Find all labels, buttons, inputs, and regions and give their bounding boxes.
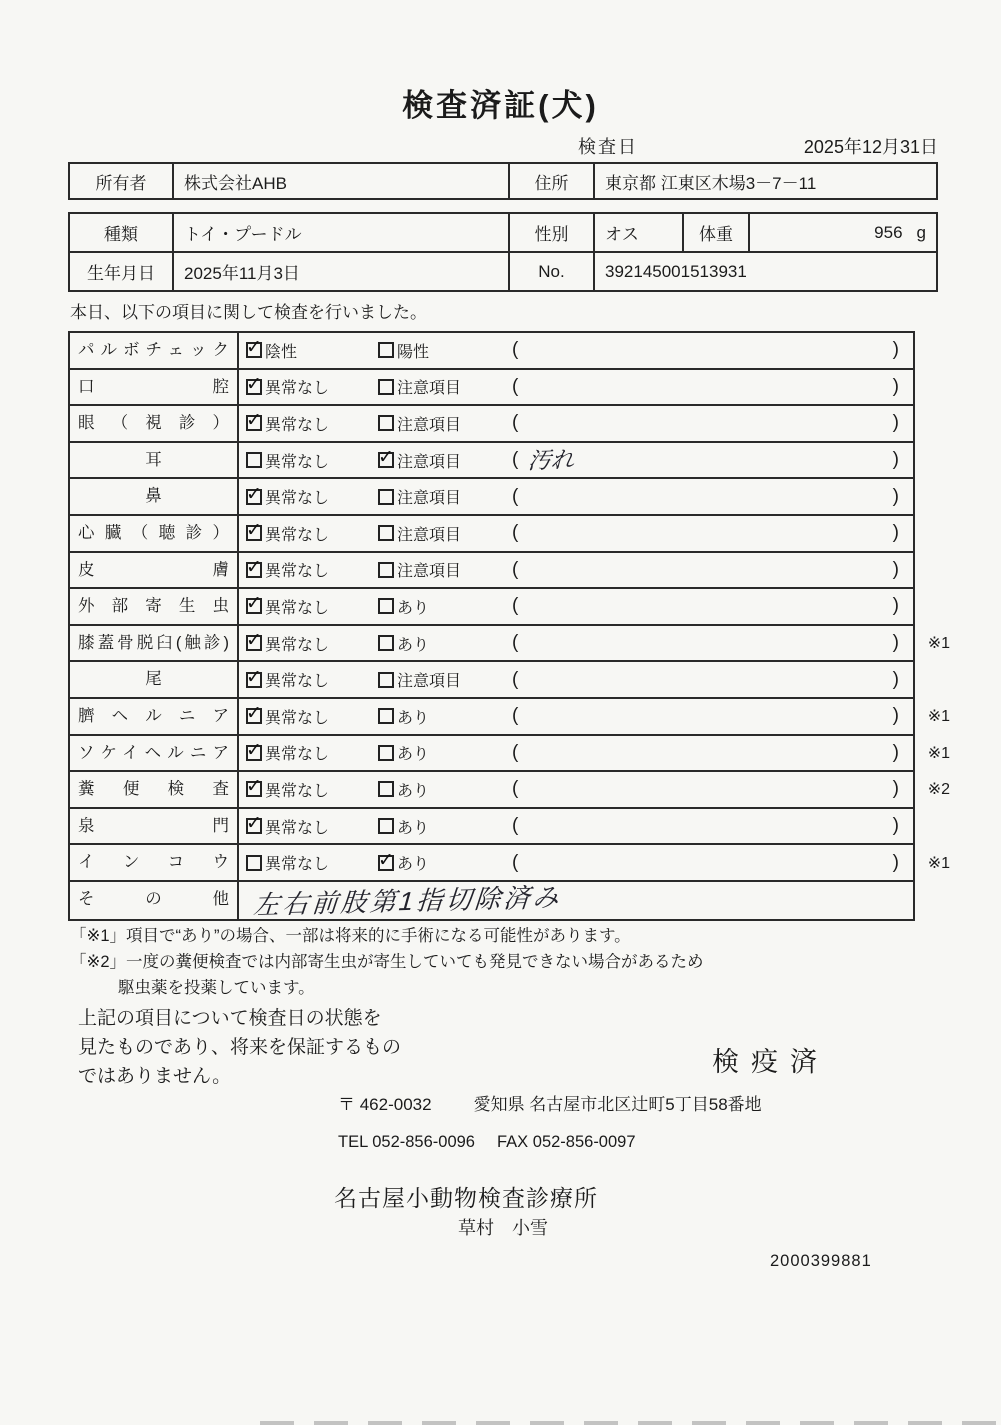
paren-open: ( bbox=[512, 852, 518, 874]
remarks-field: () bbox=[512, 705, 913, 727]
remarks-field: () bbox=[512, 595, 913, 617]
result-option-label: 陰性 bbox=[265, 339, 297, 362]
checkbox-unchecked-icon bbox=[378, 745, 394, 761]
checkbox-checked-icon bbox=[246, 415, 262, 431]
paren-open: ( bbox=[512, 522, 518, 544]
result-option-label: 異常なし bbox=[265, 449, 329, 472]
page-title: 検査済証(犬) bbox=[0, 80, 1001, 125]
exam-item-label: 皮膚 bbox=[70, 553, 239, 588]
handwritten-note: 汚れ bbox=[527, 441, 576, 475]
result-option: あり bbox=[378, 778, 512, 801]
ref-mark: ※2 bbox=[928, 779, 950, 799]
paren-close: ) bbox=[893, 852, 899, 874]
result-option-label: 異常なし bbox=[265, 705, 329, 728]
checkbox-checked-icon bbox=[246, 342, 262, 358]
exam-item-label: 膝蓋骨脱臼(触診) bbox=[70, 626, 239, 661]
paren-close: ) bbox=[893, 595, 899, 617]
owner-label: 所有者 bbox=[69, 163, 173, 199]
checklist-row: 尾異常なし注意項目() bbox=[70, 662, 913, 699]
sex-value: オス bbox=[594, 213, 683, 252]
animal-table: 種類 トイ・プードル 性別 オス 体重 956g 生年月日 2025年11月3日… bbox=[68, 212, 938, 292]
result-option-label: 異常なし bbox=[265, 558, 329, 581]
result-option-label: あり bbox=[397, 851, 429, 874]
exam-item-label: 眼（視診） bbox=[70, 406, 239, 441]
checklist-row: 臍ヘルニア異常なしあり()※1 bbox=[70, 699, 913, 736]
birth-label: 生年月日 bbox=[69, 252, 173, 291]
clinic-name: 名古屋小動物検査診療所 bbox=[334, 1180, 598, 1213]
ref-mark: ※1 bbox=[928, 633, 950, 653]
certificate-page: 検査済証(犬) 検査日 2025年12月31日 所有者 株式会社AHB 住所 東… bbox=[0, 0, 1001, 1425]
checklist-row-content: 異常なしあり() bbox=[239, 772, 913, 807]
checkbox-unchecked-icon bbox=[378, 818, 394, 834]
checkbox-checked-icon bbox=[246, 672, 262, 688]
checklist-row: 糞便検査異常なしあり()※2 bbox=[70, 772, 913, 809]
checkbox-checked-icon bbox=[246, 379, 262, 395]
result-option-label: あり bbox=[397, 778, 429, 801]
checkbox-checked-icon bbox=[246, 525, 262, 541]
clinic-tel-line: TEL 052-856-0096FAX 052-856-0097 bbox=[338, 1133, 636, 1152]
serial-number: 2000399881 bbox=[770, 1252, 872, 1271]
paren-open: ( bbox=[512, 339, 518, 361]
weight-unit: g bbox=[917, 223, 926, 243]
postal-code: 〒 462-0032 bbox=[338, 1095, 432, 1114]
disclaimer-line-3: ではありません。 bbox=[78, 1062, 401, 1091]
birth-value: 2025年11月3日 bbox=[173, 252, 509, 291]
paren-close: ) bbox=[893, 559, 899, 581]
result-option: あり bbox=[378, 595, 512, 618]
result-option: あり bbox=[378, 632, 512, 655]
exam-item-label: ソケイヘルニア bbox=[70, 736, 239, 771]
result-option-label: 注意項目 bbox=[397, 412, 461, 435]
remarks-field: () bbox=[512, 376, 913, 398]
paren-close: ) bbox=[893, 705, 899, 727]
breed-value: トイ・プードル bbox=[173, 213, 509, 252]
exam-item-label: 外部寄生虫 bbox=[70, 589, 239, 624]
remarks-field: () bbox=[512, 559, 913, 581]
inspection-date-value: 2025年12月31日 bbox=[804, 133, 938, 159]
result-option-label: 注意項目 bbox=[397, 375, 461, 398]
result-option: 陰性 bbox=[246, 339, 378, 362]
result-option-label: 異常なし bbox=[265, 375, 329, 398]
checklist-row: その他左右前肢第1指切除済み bbox=[70, 882, 913, 919]
paren-open: ( bbox=[512, 412, 518, 434]
sex-label: 性別 bbox=[509, 213, 594, 252]
checkbox-unchecked-icon bbox=[378, 598, 394, 614]
ref-mark: ※1 bbox=[928, 743, 950, 763]
result-option: あり bbox=[378, 741, 512, 764]
checkbox-unchecked-icon bbox=[378, 415, 394, 431]
checklist-row: ソケイヘルニア異常なしあり()※1 bbox=[70, 736, 913, 773]
checklist-row-content: 陰性陽性() bbox=[239, 333, 913, 368]
result-option: 注意項目 bbox=[378, 412, 512, 435]
checklist-table: パルボチェック陰性陽性()口腔異常なし注意項目()眼（視診）異常なし注意項目()… bbox=[68, 331, 915, 921]
paren-close: ) bbox=[893, 669, 899, 691]
handwritten-note: 左右前肢第1指切除済み bbox=[252, 877, 563, 922]
result-option: 陽性 bbox=[378, 339, 512, 362]
result-option: 注意項目 bbox=[378, 485, 512, 508]
checklist-row-content: 異常なしあり() bbox=[239, 736, 913, 771]
exam-item-label: 口腔 bbox=[70, 370, 239, 405]
result-option-label: あり bbox=[397, 705, 429, 728]
result-option-label: あり bbox=[397, 815, 429, 838]
clinic-fax: FAX 052-856-0097 bbox=[497, 1133, 636, 1151]
checkbox-checked-icon bbox=[246, 818, 262, 834]
exam-item-label: 心臓（聴診） bbox=[70, 516, 239, 551]
inspection-date-line: 検査日 2025年12月31日 bbox=[0, 133, 938, 159]
result-option-label: 異常なし bbox=[265, 668, 329, 691]
quarantine-stamp: 検疫済 bbox=[712, 1040, 829, 1079]
clinic-address: 愛知県 名古屋市北区辻町5丁目58番地 bbox=[474, 1095, 762, 1114]
checklist-row-content: 異常なしあり() bbox=[239, 626, 913, 661]
paren-open: ( bbox=[512, 669, 518, 691]
result-option-label: 異常なし bbox=[265, 815, 329, 838]
result-option-label: あり bbox=[397, 632, 429, 655]
checklist-row-content: 異常なし注意項目() bbox=[239, 406, 913, 441]
checklist-row-content: 異常なし注意項目(汚れ) bbox=[239, 443, 913, 478]
checkbox-checked-icon bbox=[246, 635, 262, 651]
checkbox-unchecked-icon bbox=[378, 672, 394, 688]
result-option: 異常なし bbox=[246, 851, 378, 874]
exam-item-label: パルボチェック bbox=[70, 333, 239, 368]
result-option-label: 注意項目 bbox=[397, 485, 461, 508]
checklist-row: 鼻異常なし注意項目() bbox=[70, 479, 913, 516]
result-option: 異常なし bbox=[246, 778, 378, 801]
result-option-label: 異常なし bbox=[265, 522, 329, 545]
checkbox-checked-icon bbox=[378, 855, 394, 871]
result-option-label: あり bbox=[397, 741, 429, 764]
ref-mark: ※1 bbox=[928, 706, 950, 726]
paren-close: ) bbox=[893, 412, 899, 434]
remarks-field: (汚れ) bbox=[512, 446, 913, 475]
result-option: 異常なし bbox=[246, 705, 378, 728]
remarks-field: () bbox=[512, 632, 913, 654]
exam-item-label: 臍ヘルニア bbox=[70, 699, 239, 734]
checklist-row: 膝蓋骨脱臼(触診)異常なしあり()※1 bbox=[70, 626, 913, 663]
result-option: 異常なし bbox=[246, 485, 378, 508]
result-option-label: あり bbox=[397, 595, 429, 618]
exam-item-label: 耳 bbox=[70, 443, 239, 478]
result-option: 注意項目 bbox=[378, 668, 512, 691]
checklist-row: パルボチェック陰性陽性() bbox=[70, 333, 913, 370]
checklist-row: 眼（視診）異常なし注意項目() bbox=[70, 406, 913, 443]
checkbox-unchecked-icon bbox=[378, 562, 394, 578]
result-option: あり bbox=[378, 851, 512, 874]
paren-close: ) bbox=[893, 449, 899, 471]
disclaimer-line-1: 上記の項目について検査日の状態を bbox=[78, 1004, 401, 1033]
paren-close: ) bbox=[893, 376, 899, 398]
paren-open: ( bbox=[512, 742, 518, 764]
paren-open: ( bbox=[512, 449, 518, 471]
footnotes: 「※1」項目で“あり”の場合、一部は将来的に手術になる可能性があります。 「※2… bbox=[70, 923, 704, 1001]
checkbox-checked-icon bbox=[246, 598, 262, 614]
result-option-label: 注意項目 bbox=[397, 558, 461, 581]
remarks-field: () bbox=[512, 852, 913, 874]
checklist-row: インコウ異常なしあり()※1 bbox=[70, 845, 913, 882]
checklist-row-content: 異常なしあり() bbox=[239, 699, 913, 734]
checkbox-unchecked-icon bbox=[378, 635, 394, 651]
result-option-label: 注意項目 bbox=[397, 522, 461, 545]
address-label: 住所 bbox=[509, 163, 594, 199]
paren-close: ) bbox=[893, 815, 899, 837]
result-option: 注意項目 bbox=[378, 522, 512, 545]
exam-item-label: その他 bbox=[70, 882, 239, 919]
veterinarian-name: 草村 小雪 bbox=[458, 1214, 548, 1240]
remarks-field: () bbox=[512, 339, 913, 361]
result-option-label: 異常なし bbox=[265, 485, 329, 508]
no-label: No. bbox=[509, 252, 594, 291]
result-option: 異常なし bbox=[246, 632, 378, 655]
result-option: 異常なし bbox=[246, 595, 378, 618]
footnote-2: 「※2」一度の糞便検査では内部寄生虫が寄生していても発見できない場合があるため bbox=[70, 949, 704, 975]
checklist-row: 外部寄生虫異常なしあり() bbox=[70, 589, 913, 626]
checkbox-checked-icon bbox=[246, 781, 262, 797]
no-value: 392145001513931 bbox=[594, 252, 937, 291]
remarks-field: () bbox=[512, 412, 913, 434]
result-option: 異常なし bbox=[246, 741, 378, 764]
checklist-row-content: 異常なしあり() bbox=[239, 809, 913, 844]
paren-close: ) bbox=[893, 778, 899, 800]
owner-value: 株式会社AHB bbox=[173, 163, 509, 199]
exam-item-label: 鼻 bbox=[70, 479, 239, 514]
address-value: 東京都 江東区木場3－7－11 bbox=[594, 163, 937, 199]
checkbox-unchecked-icon bbox=[378, 379, 394, 395]
result-option-label: 異常なし bbox=[265, 778, 329, 801]
result-option: 異常なし bbox=[246, 412, 378, 435]
result-option-label: 異常なし bbox=[265, 851, 329, 874]
exam-item-label: 糞便検査 bbox=[70, 772, 239, 807]
result-option: 異常なし bbox=[246, 375, 378, 398]
result-option: 注意項目 bbox=[378, 449, 512, 472]
checkbox-unchecked-icon bbox=[378, 708, 394, 724]
checkbox-checked-icon bbox=[378, 452, 394, 468]
result-option: 異常なし bbox=[246, 449, 378, 472]
checkbox-unchecked-icon bbox=[378, 489, 394, 505]
disclaimer-text: 上記の項目について検査日の状態を 見たものであり、将来を保証するもの ではありま… bbox=[78, 1004, 401, 1091]
exam-item-label: インコウ bbox=[70, 845, 239, 880]
disclaimer-line-2: 見たものであり、将来を保証するもの bbox=[78, 1033, 401, 1062]
result-option: 異常なし bbox=[246, 522, 378, 545]
checklist-row: 泉門異常なしあり() bbox=[70, 809, 913, 846]
checklist-row-content: 異常なし注意項目() bbox=[239, 662, 913, 697]
breed-label: 種類 bbox=[69, 213, 173, 252]
result-option-label: 注意項目 bbox=[397, 668, 461, 691]
weight-number: 956 bbox=[874, 223, 902, 242]
weight-value: 956g bbox=[749, 213, 937, 252]
checkbox-unchecked-icon bbox=[246, 855, 262, 871]
result-option: あり bbox=[378, 705, 512, 728]
remarks-field: () bbox=[512, 815, 913, 837]
checklist-row: 口腔異常なし注意項目() bbox=[70, 370, 913, 407]
paren-close: ) bbox=[893, 486, 899, 508]
inspection-date-label: 検査日 bbox=[578, 133, 638, 159]
paren-close: ) bbox=[893, 742, 899, 764]
clinic-postal-line: 〒 462-0032愛知県 名古屋市北区辻町5丁目58番地 bbox=[338, 1090, 762, 1115]
checklist-row: 耳異常なし注意項目(汚れ) bbox=[70, 443, 913, 480]
result-option: 異常なし bbox=[246, 668, 378, 691]
checklist-row-content: 異常なしあり() bbox=[239, 589, 913, 624]
result-option-label: 注意項目 bbox=[397, 449, 461, 472]
result-option: あり bbox=[378, 815, 512, 838]
paren-close: ) bbox=[893, 339, 899, 361]
paren-open: ( bbox=[512, 595, 518, 617]
result-option-label: 陽性 bbox=[397, 339, 429, 362]
remarks-field: () bbox=[512, 522, 913, 544]
result-option-label: 異常なし bbox=[265, 741, 329, 764]
checklist-row: 皮膚異常なし注意項目() bbox=[70, 553, 913, 590]
result-option: 注意項目 bbox=[378, 375, 512, 398]
remarks-field: () bbox=[512, 669, 913, 691]
checklist-row-content: 異常なしあり() bbox=[239, 845, 913, 880]
paren-close: ) bbox=[893, 632, 899, 654]
footnote-1: 「※1」項目で“あり”の場合、一部は将来的に手術になる可能性があります。 bbox=[70, 923, 704, 949]
owner-table: 所有者 株式会社AHB 住所 東京都 江東区木場3－7－11 bbox=[68, 162, 938, 200]
checklist-row-content: 左右前肢第1指切除済み bbox=[239, 882, 913, 919]
paren-open: ( bbox=[512, 486, 518, 508]
weight-label: 体重 bbox=[683, 213, 749, 252]
result-option-label: 異常なし bbox=[265, 632, 329, 655]
paren-open: ( bbox=[512, 632, 518, 654]
clinic-tel: TEL 052-856-0096 bbox=[338, 1133, 475, 1151]
checkbox-checked-icon bbox=[246, 489, 262, 505]
paren-open: ( bbox=[512, 815, 518, 837]
result-option-label: 異常なし bbox=[265, 412, 329, 435]
checkbox-checked-icon bbox=[246, 562, 262, 578]
checkbox-unchecked-icon bbox=[378, 342, 394, 358]
remarks-field: () bbox=[512, 742, 913, 764]
checklist-row-content: 異常なし注意項目() bbox=[239, 370, 913, 405]
result-option: 異常なし bbox=[246, 558, 378, 581]
checklist-row-content: 異常なし注意項目() bbox=[239, 516, 913, 551]
checklist-row: 心臓（聴診）異常なし注意項目() bbox=[70, 516, 913, 553]
result-option-label: 異常なし bbox=[265, 595, 329, 618]
intro-text: 本日、以下の項目に関して検査を行いました。 bbox=[70, 298, 427, 323]
footnote-2-cont: 駆虫薬を投薬しています。 bbox=[70, 975, 704, 1001]
exam-item-label: 泉門 bbox=[70, 809, 239, 844]
scan-edge-artifact bbox=[260, 1421, 1000, 1425]
checklist-row-content: 異常なし注意項目() bbox=[239, 479, 913, 514]
paren-open: ( bbox=[512, 559, 518, 581]
remarks-field: () bbox=[512, 778, 913, 800]
paren-open: ( bbox=[512, 376, 518, 398]
paren-open: ( bbox=[512, 778, 518, 800]
result-option: 異常なし bbox=[246, 815, 378, 838]
remarks-field: () bbox=[512, 486, 913, 508]
checklist-row-content: 異常なし注意項目() bbox=[239, 553, 913, 588]
paren-open: ( bbox=[512, 705, 518, 727]
checkbox-unchecked-icon bbox=[246, 452, 262, 468]
ref-mark: ※1 bbox=[928, 853, 950, 873]
checkbox-unchecked-icon bbox=[378, 525, 394, 541]
exam-item-label: 尾 bbox=[70, 662, 239, 697]
checkbox-checked-icon bbox=[246, 708, 262, 724]
paren-close: ) bbox=[893, 522, 899, 544]
checkbox-checked-icon bbox=[246, 745, 262, 761]
result-option: 注意項目 bbox=[378, 558, 512, 581]
checkbox-unchecked-icon bbox=[378, 781, 394, 797]
